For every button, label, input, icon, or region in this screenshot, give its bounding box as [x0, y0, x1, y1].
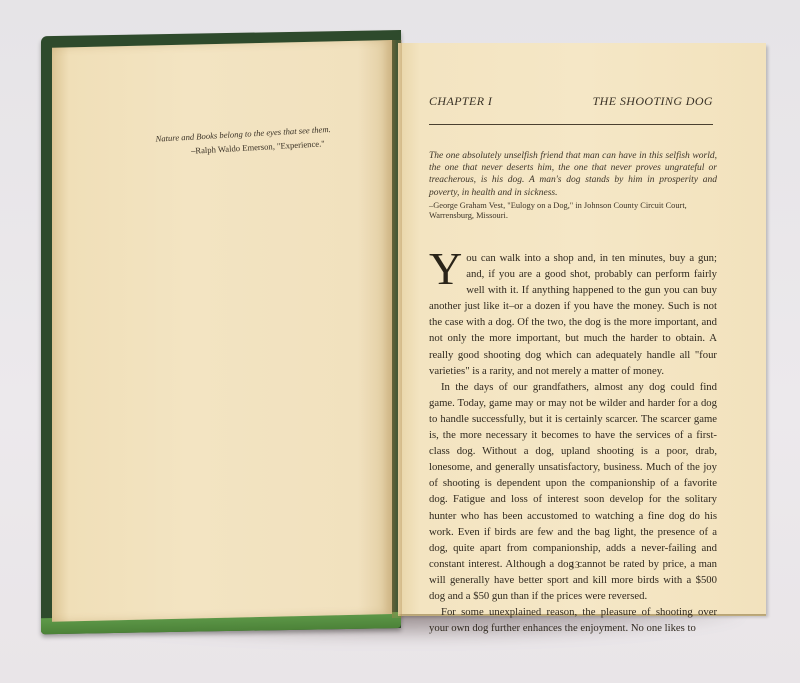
chapter-epigraph-quote: The one absolutely unselfish friend that…	[429, 150, 717, 199]
chapter-epigraph-attribution: –George Graham Vest, "Eulogy on a Dog," …	[429, 201, 717, 221]
body-text: You can walk into a shop and, in ten min…	[429, 250, 717, 636]
paragraph-2: In the days of our grandfathers, almost …	[429, 379, 717, 604]
header-rule	[429, 124, 713, 125]
paragraph-1: You can walk into a shop and, in ten min…	[429, 250, 717, 379]
chapter-label: CHAPTER I	[429, 94, 492, 109]
running-head: CHAPTER I THE SHOOTING DOG	[429, 94, 713, 109]
paragraph-3: For some unexplained reason, the pleasur…	[429, 604, 717, 636]
drop-cap: Y	[429, 252, 462, 286]
page-number: 13	[560, 560, 590, 570]
chapter-epigraph: The one absolutely unselfish friend that…	[429, 150, 717, 221]
chapter-title: THE SHOOTING DOG	[593, 94, 713, 109]
book-gutter	[392, 40, 402, 618]
